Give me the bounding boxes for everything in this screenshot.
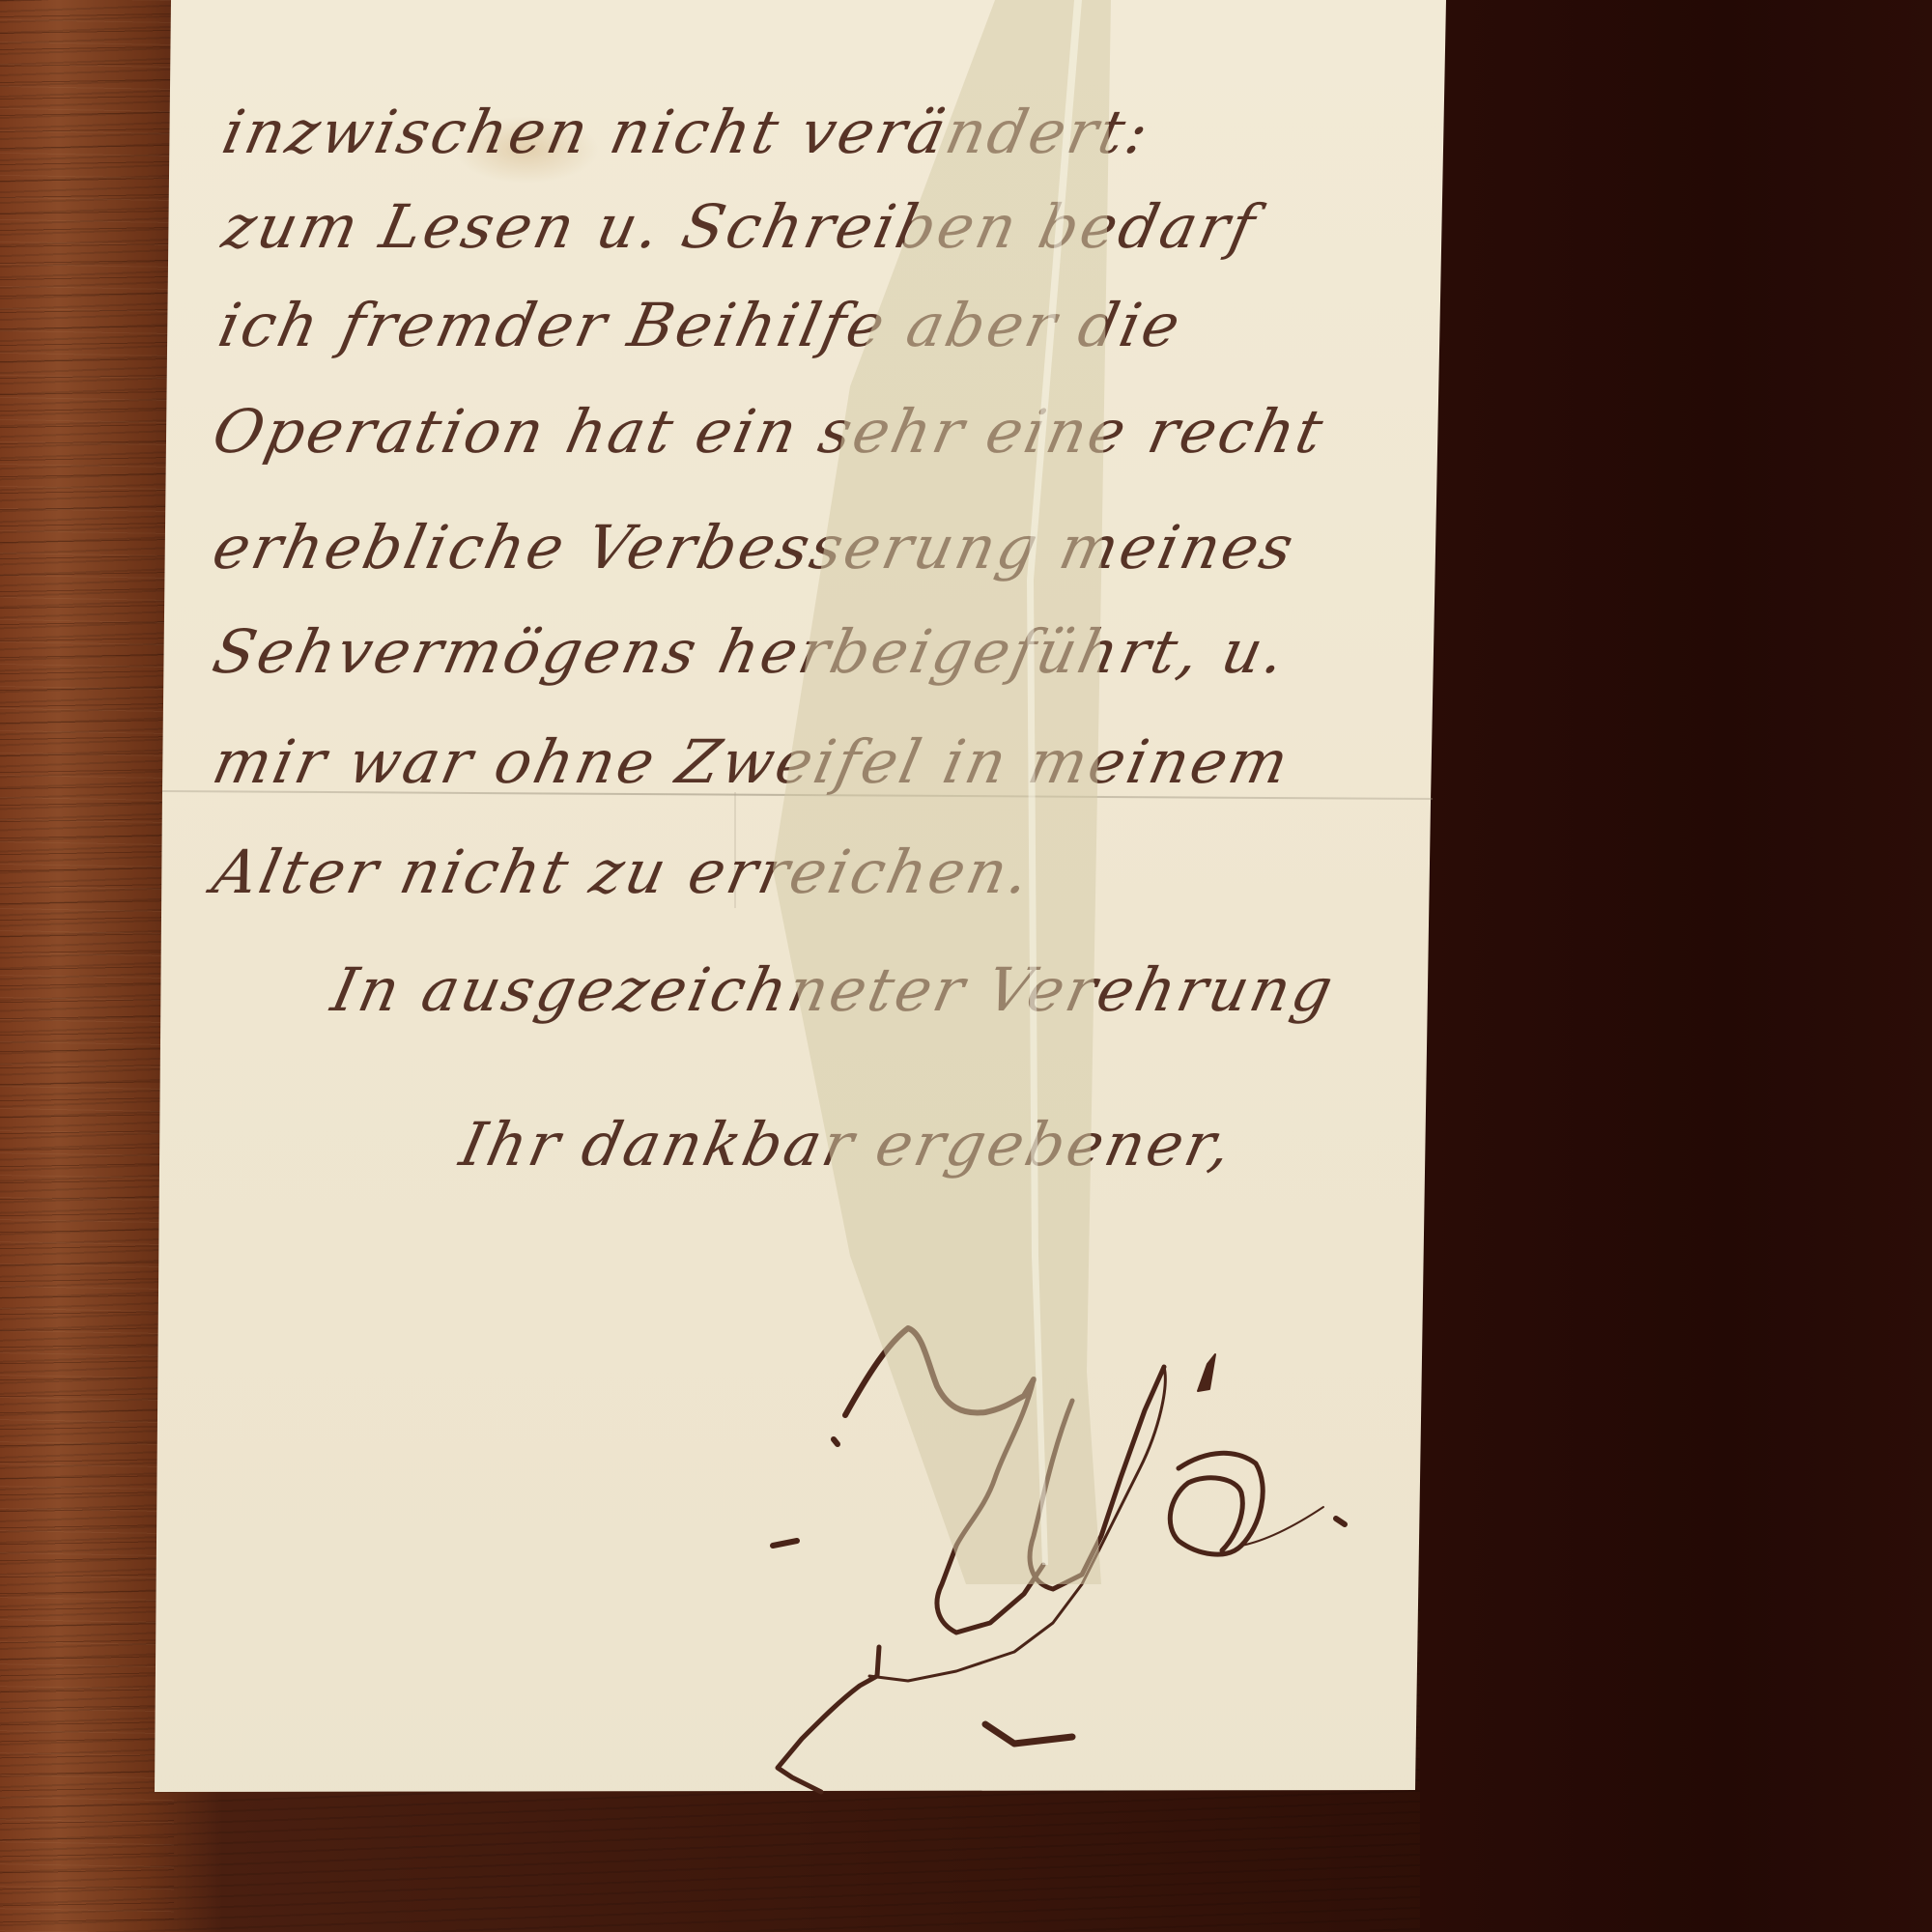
letter-line-5: erhebliche Verbesserung meines <box>207 512 1302 582</box>
letter-line-1: inzwischen nicht verändert: <box>216 97 1410 167</box>
letter-line-7: mir war ohne Zweifel in meinem <box>207 726 1297 797</box>
dark-wood-surface <box>1420 0 1932 1932</box>
letter-line-4: Operation hat ein sehr eine recht <box>207 396 1331 467</box>
letter-line-6: Sehvermögens herbeigeführt, u. <box>207 616 1293 687</box>
wood-grain-texture <box>0 0 174 1932</box>
